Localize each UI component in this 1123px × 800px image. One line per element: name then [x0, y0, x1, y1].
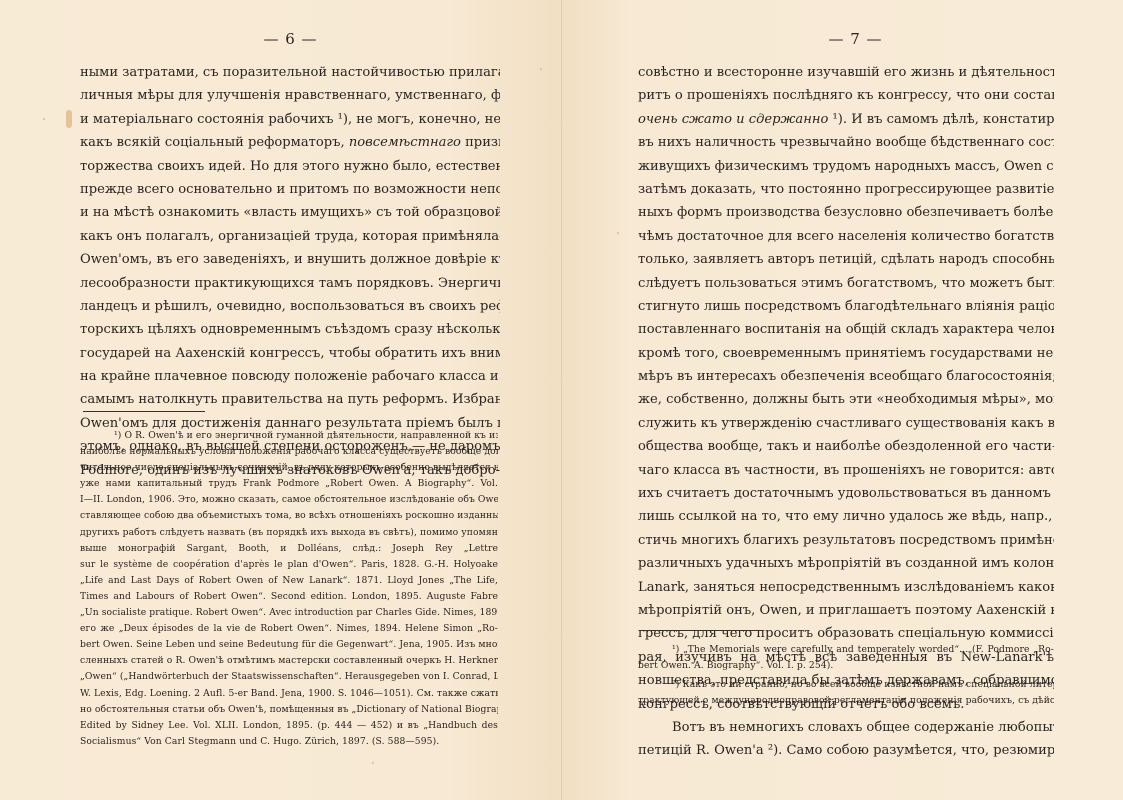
footnote-line: Socialismus“ Von Carl Stegmann und C. Hu…: [80, 734, 498, 750]
text-line: живущихъ физическимъ трудомъ народныхъ м…: [638, 155, 1054, 178]
text-line: торскихъ цѣляхъ одновременнымъ съѣздомъ …: [80, 318, 500, 341]
book-spread: — 6 — ными затратами, съ поразительной н…: [0, 0, 1123, 800]
footnote-line: ²) Какъ это ни странно, но во всей вообщ…: [638, 677, 1054, 693]
footnote-line: но обстоятельныя статьи объ Owen'ѣ, помѣ…: [80, 702, 498, 718]
text-line: лишь ссылкой на то, что ему лично удалос…: [638, 505, 1054, 528]
text-line: Вотъ въ немногихъ словахъ общее содержан…: [638, 716, 1054, 739]
footnote-line: наиболѣе нормальныхъ условій положенія р…: [80, 444, 498, 460]
text-line: стичь многихъ благихъ результатовъ посре…: [638, 529, 1054, 552]
footnote-line: „Owen“ („Handwörterbuch der Staatswissen…: [80, 669, 498, 685]
footnote-line: „Un socialiste pratique. Robert Owen“. A…: [80, 605, 498, 621]
text-line: на крайне плачевное повсюду положеніе ра…: [80, 365, 500, 388]
text-line: общества вообще, такъ и наиболѣе обездол…: [638, 435, 1054, 458]
footnote-line: Times and Labours of Robert Owen“. Secon…: [80, 589, 498, 605]
footnote-line: его же „Deux épisodes de la vie de Rober…: [80, 621, 498, 637]
paper-speck: [372, 762, 374, 764]
footnote-line: ¹) О R. Owen'ѣ и его энергичной гуманной…: [80, 428, 498, 444]
paper-speck: [617, 232, 619, 234]
text-line: затѣмъ доказать, что постоянно прогресси…: [638, 178, 1054, 201]
text-line: ными затратами, съ поразительной настойч…: [80, 61, 500, 84]
footnote-line: трактующей о международноправовой реглам…: [638, 693, 1054, 709]
text-line: только, заявляетъ авторъ петицій, сдѣлат…: [638, 248, 1054, 271]
text-line: поставленнаго воспитанія на общій складъ…: [638, 318, 1054, 341]
footnote-line: „Life and Last Days of Robert Owen of Ne…: [80, 573, 498, 589]
footnote-line: I—II. London, 1906. Это, можно сказать, …: [80, 492, 498, 508]
text-line: стигнуто лишь посредствомъ благодѣтельна…: [638, 295, 1054, 318]
text-line: слѣдуетъ пользоваться этимъ богатствомъ,…: [638, 272, 1054, 295]
text-line: же, собственно, должны быть эти «необход…: [638, 388, 1054, 411]
text-line: государей на Аахенскій конгрессъ, чтобы …: [80, 342, 500, 365]
footnote-line: чительное число спеціальныхъ сочиненій, …: [80, 460, 498, 476]
footnote-line: выше монографій Sargant, Booth, и Dolléa…: [80, 541, 498, 557]
text-line: ландецъ и рѣшилъ, очевидно, воспользоват…: [80, 295, 500, 318]
footnote-line: Edited by Sidney Lee. Vol. XLII. London,…: [80, 718, 498, 734]
text-line: какъ всякій соціальный реформаторъ, повс…: [80, 131, 500, 154]
text-line: петицій R. Owen'a ²). Само собою разумѣе…: [638, 739, 1054, 762]
page-number: — 6 —: [0, 30, 561, 48]
footnote-line: другихъ работъ слѣдуетъ назвать (въ поря…: [80, 525, 498, 541]
page-number: — 7 —: [562, 30, 1123, 48]
paper-speck: [43, 118, 45, 120]
text-line: въ нихъ наличность чрезвычайно вообще бѣ…: [638, 131, 1054, 154]
text-line: очень сжато и сдержанно ¹). И въ самомъ …: [638, 108, 1054, 131]
text-line: и на мѣстѣ ознакомить «власть имущихъ» с…: [80, 201, 500, 224]
text-line: мѣропріятій онъ, Owen, и приглашаетъ поэ…: [638, 599, 1054, 622]
text-line: служить къ утвержденію счастливаго сущес…: [638, 412, 1054, 435]
paper-stain: [66, 110, 72, 128]
emphasis: повсемѣстнаго: [349, 135, 461, 150]
footnote-divider: [640, 630, 763, 631]
text-line: кромѣ того, своевременнымъ принятіемъ го…: [638, 342, 1054, 365]
left-page: — 6 — ными затратами, съ поразительной н…: [0, 0, 561, 800]
emphasis: очень сжато и сдержанно: [638, 112, 828, 127]
footnotes: ¹) О R. Owen'ѣ и его энергичной гуманной…: [80, 428, 498, 750]
footnote-line: bert Owen. A. Biography“. Vol. I. p. 254…: [638, 658, 1054, 674]
text-line: личныя мѣры для улучшенія нравственнаго,…: [80, 84, 500, 107]
text-line: ритъ о прошеніяхъ послѣдняго къ конгресс…: [638, 84, 1054, 107]
text-line: какъ онъ полагалъ, организаціей труда, к…: [80, 225, 500, 248]
paper-speck: [1040, 655, 1042, 657]
text-line: прежде всего основательно и притомъ по в…: [80, 178, 500, 201]
text-line: торжества своихъ идей. Но для этого нужн…: [80, 155, 500, 178]
text-line: Lanark, заняться непосредственнымъ изслѣ…: [638, 576, 1054, 599]
text-line: мѣръ въ интересахъ обезпеченія всеобщаго…: [638, 365, 1054, 388]
footnote-line: sur le système de coopération d'après le…: [80, 557, 498, 573]
text-line: и матеріальнаго состоянія рабочихъ ¹), н…: [80, 108, 500, 131]
footnote-line: ¹) „The Memorials were carefully and tem…: [638, 642, 1054, 658]
footnotes: ¹) „The Memorials were carefully and tem…: [638, 642, 1054, 709]
footnote-line: сленныхъ статей о R. Owen'ѣ отмѣтимъ мас…: [80, 653, 498, 669]
right-page: — 7 — совѣстно и всесторонне изучавшій е…: [562, 0, 1123, 800]
text-line: различныхъ удачныхъ мѣропріятій въ созда…: [638, 552, 1054, 575]
footnote-divider: [83, 411, 205, 412]
text-line: ныхъ формъ производства безусловно обезп…: [638, 201, 1054, 224]
body-text: ными затратами, съ поразительной настойч…: [80, 61, 500, 482]
footnote-line: уже нами капитальный трудъ Frank Podmore…: [80, 476, 498, 492]
text-line: ихъ считаетъ достаточнымъ удовольствоват…: [638, 482, 1054, 505]
text-line: лесообразности практикующихся тамъ поряд…: [80, 272, 500, 295]
text-line: чаго класса въ частности, въ прошеніяхъ …: [638, 459, 1054, 482]
footnote-line: W. Lexis, Edg. Loening. 2 Aufl. 5-er Ban…: [80, 686, 498, 702]
paper-speck: [540, 68, 542, 70]
text-line: чѣмъ достаточное для всего населенія кол…: [638, 225, 1054, 248]
footnote-line: bert Owen. Seine Leben und seine Bedeutu…: [80, 637, 498, 653]
text-line: совѣстно и всесторонне изучавшій его жиз…: [638, 61, 1054, 84]
text-line: Owen'омъ, въ его заведеніяхъ, и внушить …: [80, 248, 500, 271]
text-line: самымъ натолкнуть правительства на путь …: [80, 388, 500, 411]
footnote-line: ставляющее собою два объемистыхъ тома, в…: [80, 508, 498, 524]
